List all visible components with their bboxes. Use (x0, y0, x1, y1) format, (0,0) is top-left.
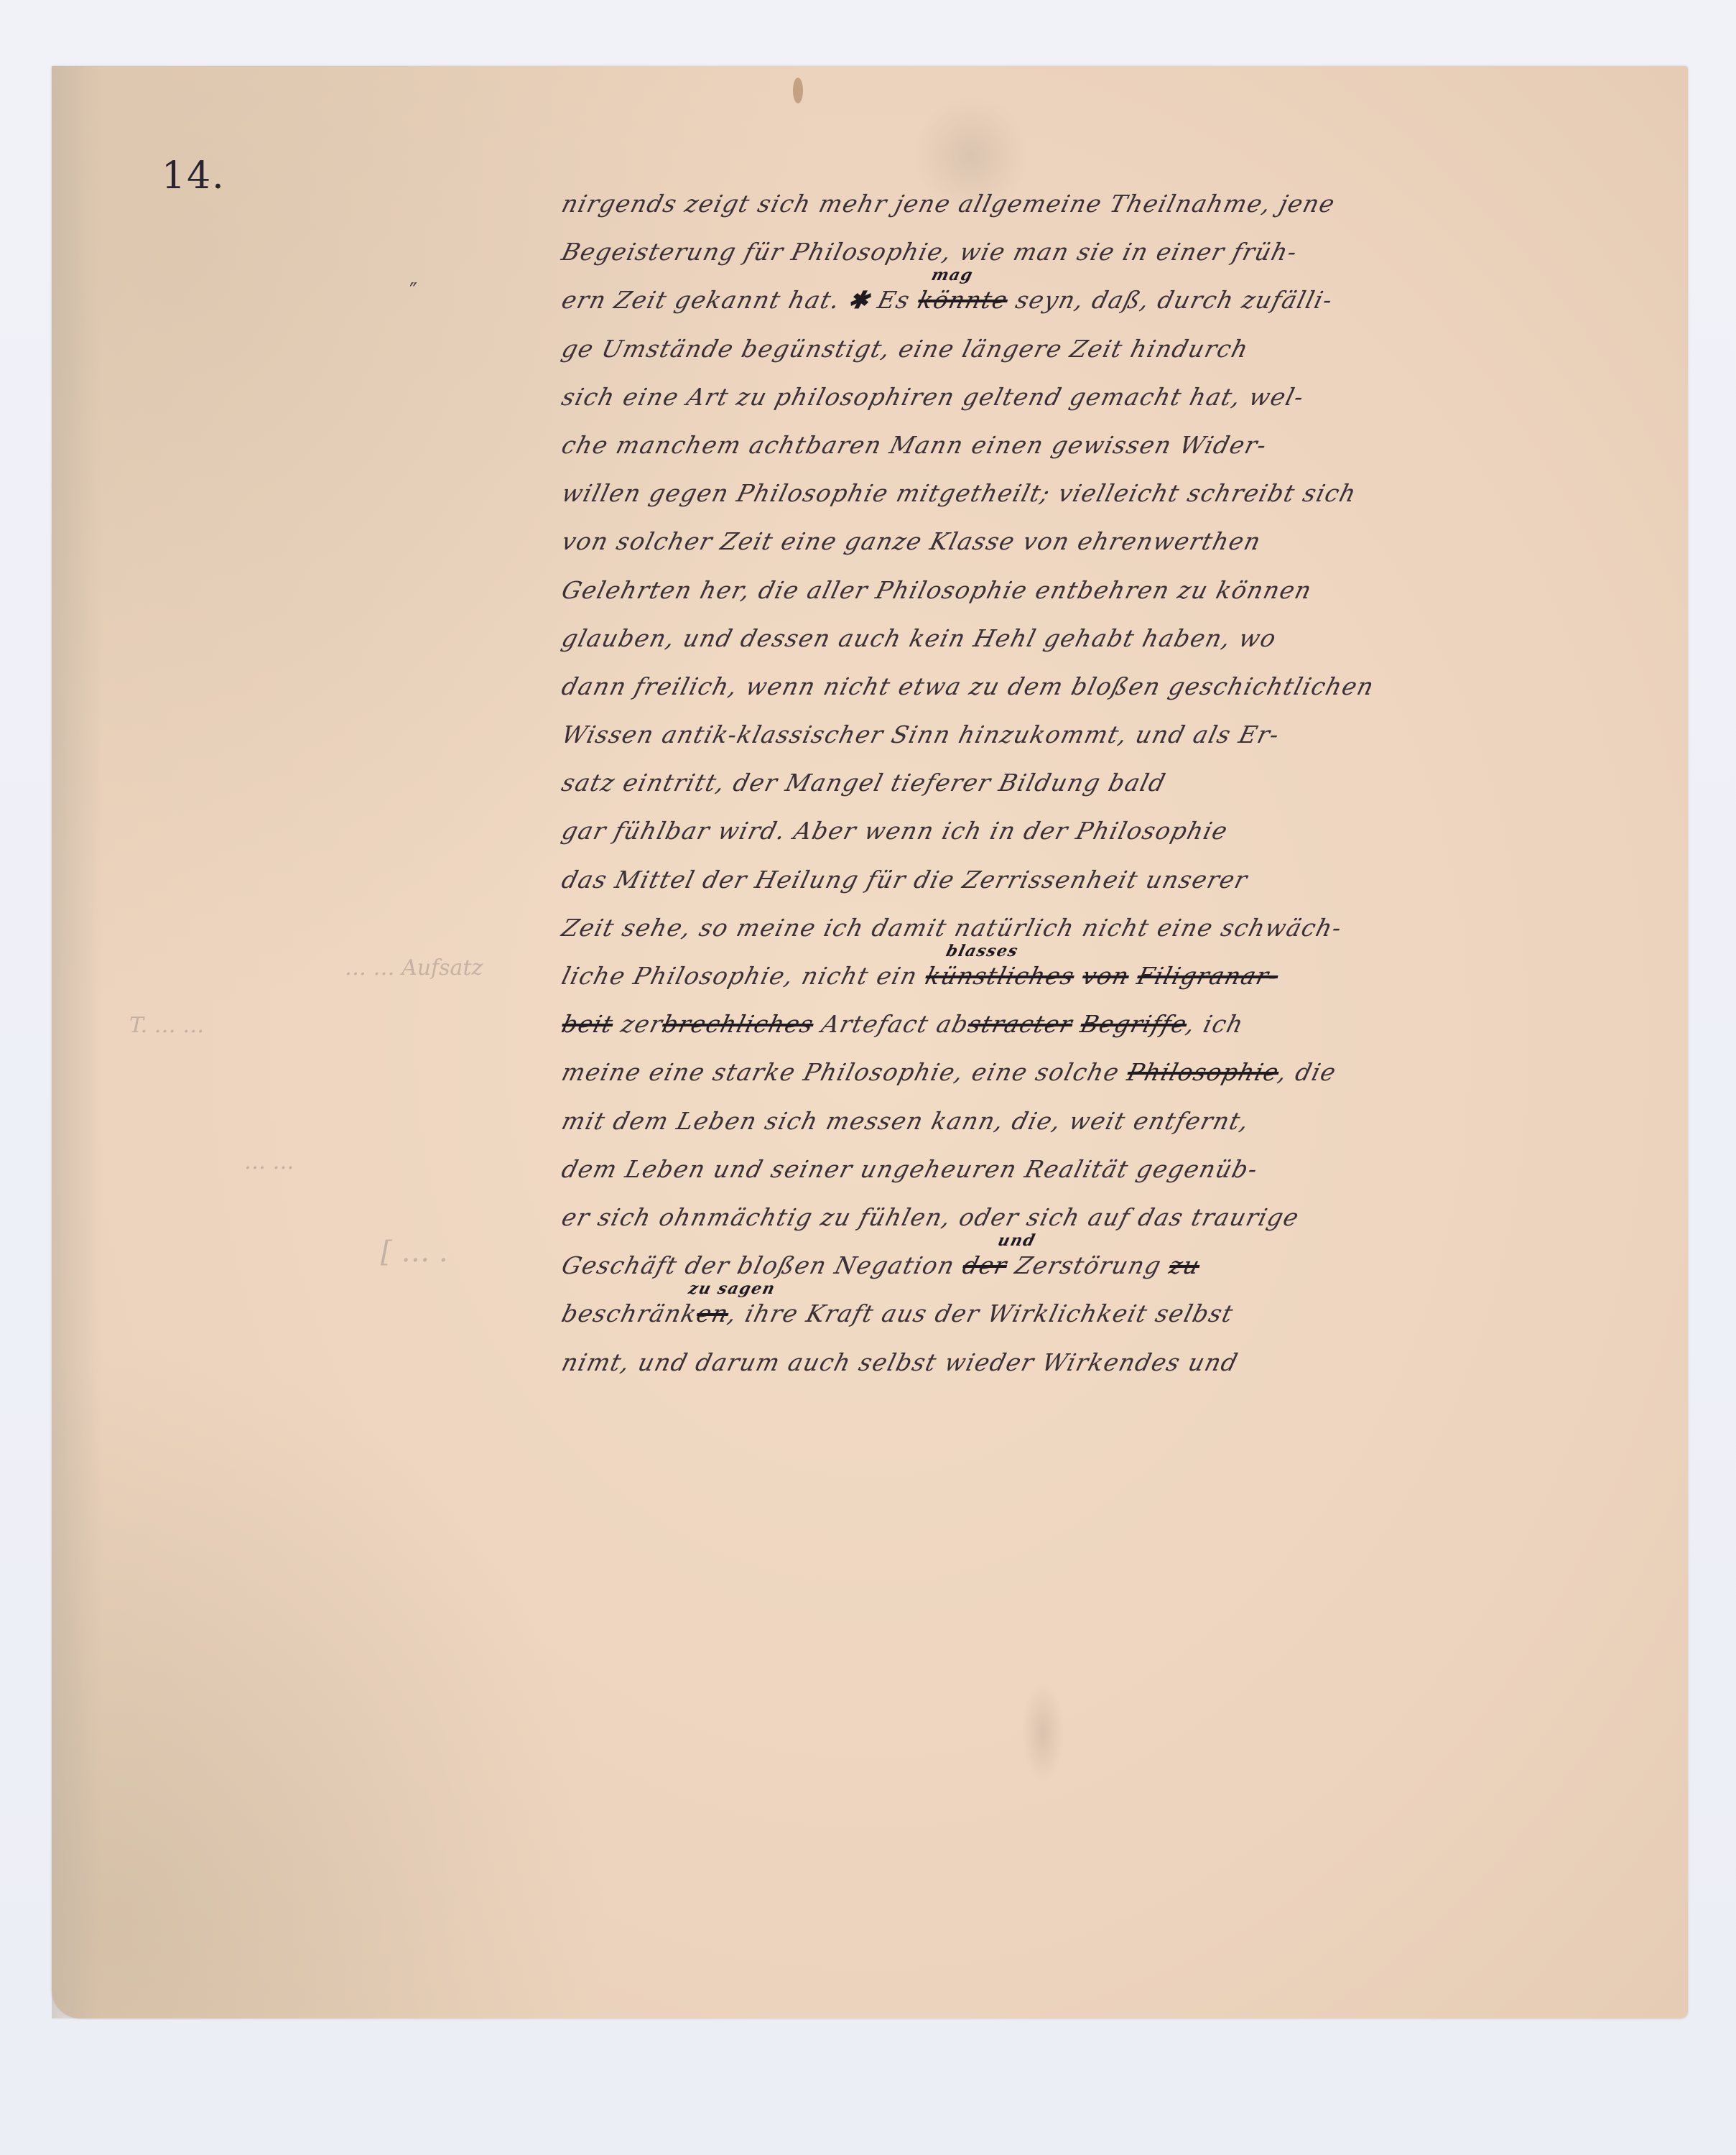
ink-stain (793, 78, 803, 103)
struck-word: Philosophie (1124, 1058, 1282, 1086)
manuscript-line: Zeit sehe, so meine ich damit natürlich … (557, 904, 1603, 952)
smudge-bottom (1021, 1682, 1064, 1783)
manuscript-line: glauben, und dessen auch kein Hehl gehab… (557, 614, 1603, 662)
manuscript-line: nimt, und darum auch selbst wieder Wirke… (557, 1338, 1603, 1386)
insertion-mark-asterisk: ✱ (845, 286, 873, 314)
line-text: Zerstörung (1012, 1251, 1164, 1279)
manuscript-line: Gelehrten her, die aller Philosophie ent… (557, 566, 1603, 614)
manuscript-line: beit zerbrechliches Artefact abstracter … (557, 1000, 1603, 1048)
manuscript-line: Wissen antik-klassischer Sinn hinzukommt… (557, 710, 1603, 759)
manuscript-line: che manchem achtbaren Mann einen gewisse… (557, 421, 1603, 469)
manuscript-line: willen gegen Philosophie mitgetheilt; vi… (557, 469, 1603, 517)
struck-word: könnte (915, 286, 1011, 314)
line-text: , ich (1184, 1010, 1248, 1038)
manuscript-line: beschränkzu sagenen, ihre Kraft aus der … (557, 1289, 1603, 1338)
line-text: seyn, daß, durch zufälli- (1013, 286, 1336, 314)
line-text: ern Zeit gekannt hat. (559, 286, 843, 314)
manuscript-line: Begeisterung für Philosophie, wie man si… (557, 228, 1603, 276)
interlinear-insertion: blasses (944, 943, 1020, 959)
correction: und der (960, 1251, 1019, 1279)
line-text: beschränk (559, 1299, 700, 1327)
struck-word: Begriffe (1077, 1010, 1190, 1038)
manuscript-line: das Mittel der Heilung für die Zerrissen… (557, 856, 1603, 904)
correction: mag könnte (915, 286, 1020, 314)
margin-pencil-note: T. … … (129, 1013, 204, 1038)
struck-word: Filigranar- (1134, 962, 1281, 990)
struck-word: beit (559, 1010, 616, 1038)
margin-pencil-note: … … (244, 1149, 294, 1174)
page-number: 14. (162, 154, 226, 198)
line-text: zer (618, 1010, 667, 1038)
manuscript-line: ge Umstände begünstigt, eine längere Zei… (557, 325, 1603, 373)
interlinear-insertion: mag (930, 267, 975, 283)
line-text: meine eine starke Philosophie, eine solc… (559, 1058, 1123, 1086)
line-text: , die (1276, 1058, 1340, 1086)
manuscript-body: nirgends zeigt sich mehr jene allgemeine… (562, 180, 1597, 1386)
manuscript-line: sich eine Art zu philosophiren geltend g… (557, 373, 1603, 421)
line-text: , ihre Kraft aus der Wirklichkeit selbst (725, 1299, 1236, 1327)
line-text: liche Philosophie, nicht ein (559, 962, 921, 990)
line-text: Geschäft der bloßen Negation (559, 1251, 958, 1279)
manuscript-line: dann freilich, wenn nicht etwa zu dem bl… (557, 662, 1603, 710)
sheet-edge-shadow (52, 66, 102, 2019)
struck-word: zu (1166, 1251, 1203, 1279)
interlinear-insertion: zu sagen (687, 1281, 777, 1297)
manuscript-line: dem Leben und seiner ungeheuren Realität… (557, 1145, 1603, 1193)
interlinear-insertion: und (996, 1233, 1037, 1248)
margin-pencil-note: [ … . (381, 1236, 448, 1269)
line-text: auf das traurige (1085, 1203, 1303, 1231)
margin-pencil-note: … … Aufsatz (345, 955, 483, 981)
margin-mark: ″ (409, 279, 417, 304)
manuscript-line: mit dem Leben sich messen kann, die, wei… (557, 1097, 1603, 1145)
struck-word: künstliches (922, 962, 1077, 990)
manuscript-line: von solcher Zeit eine ganze Klasse von e… (557, 517, 1603, 565)
struck-word: brechliches (659, 1010, 817, 1038)
correction: blasses künstliches (922, 962, 1086, 990)
line-text: sich (1024, 1203, 1084, 1231)
manuscript-line: satz eintritt, der Mangel tieferer Bildu… (557, 759, 1603, 807)
struck-word: von (1080, 962, 1133, 990)
line-text: Es (875, 286, 914, 314)
line-text: er sich ohnmächtig zu fühlen, oder (559, 1203, 1022, 1231)
struck-word: der (960, 1251, 1011, 1279)
manuscript-line: meine eine starke Philosophie, eine solc… (557, 1048, 1603, 1096)
manuscript-line: liche Philosophie, nicht ein blasses kün… (557, 952, 1603, 1000)
manuscript-line: er sich ohnmächtig zu fühlen, oder sich … (557, 1193, 1603, 1241)
line-text: Artefact ab (819, 1010, 973, 1038)
manuscript-line: ern Zeit gekannt hat. ✱ Es mag könnte se… (557, 276, 1603, 324)
manuscript-line: nirgends zeigt sich mehr jene allgemeine… (557, 180, 1603, 228)
manuscript-line: gar fühlbar wird. Aber wenn ich in der P… (557, 807, 1603, 855)
struck-word: stracter (965, 1010, 1076, 1038)
